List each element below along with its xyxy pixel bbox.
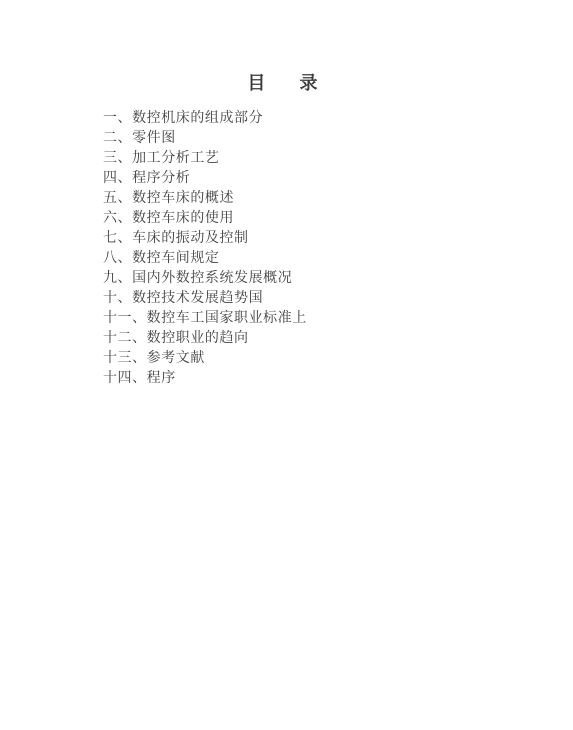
toc-item: 五、数控车床的概述 (103, 189, 533, 209)
toc-item: 六、数控车床的使用 (103, 209, 533, 229)
toc-item: 八、数控车间规定 (103, 249, 533, 269)
toc-item: 十、数控技术发展趋势国 (103, 289, 533, 309)
toc-item: 四、程序分析 (103, 169, 533, 189)
toc-item: 十一、数控车工国家职业标准上 (103, 309, 533, 329)
toc-item: 一、数控机床的组成部分 (103, 109, 533, 129)
toc-item: 十四、程序 (103, 369, 533, 389)
toc-list: 一、数控机床的组成部分 二、零件图 三、加工分析工艺 四、程序分析 五、数控车床… (103, 109, 533, 389)
toc-item: 三、加工分析工艺 (103, 149, 533, 169)
toc-item: 七、车床的振动及控制 (103, 229, 533, 249)
document-page: 目 录 一、数控机床的组成部分 二、零件图 三、加工分析工艺 四、程序分析 五、… (0, 0, 573, 730)
page-title: 目 录 (0, 71, 573, 95)
toc-item: 十三、参考文献 (103, 349, 533, 369)
toc-item: 十二、数控职业的趋向 (103, 329, 533, 349)
toc-item: 二、零件图 (103, 129, 533, 149)
toc-item: 九、国内外数控系统发展概况 (103, 269, 533, 289)
